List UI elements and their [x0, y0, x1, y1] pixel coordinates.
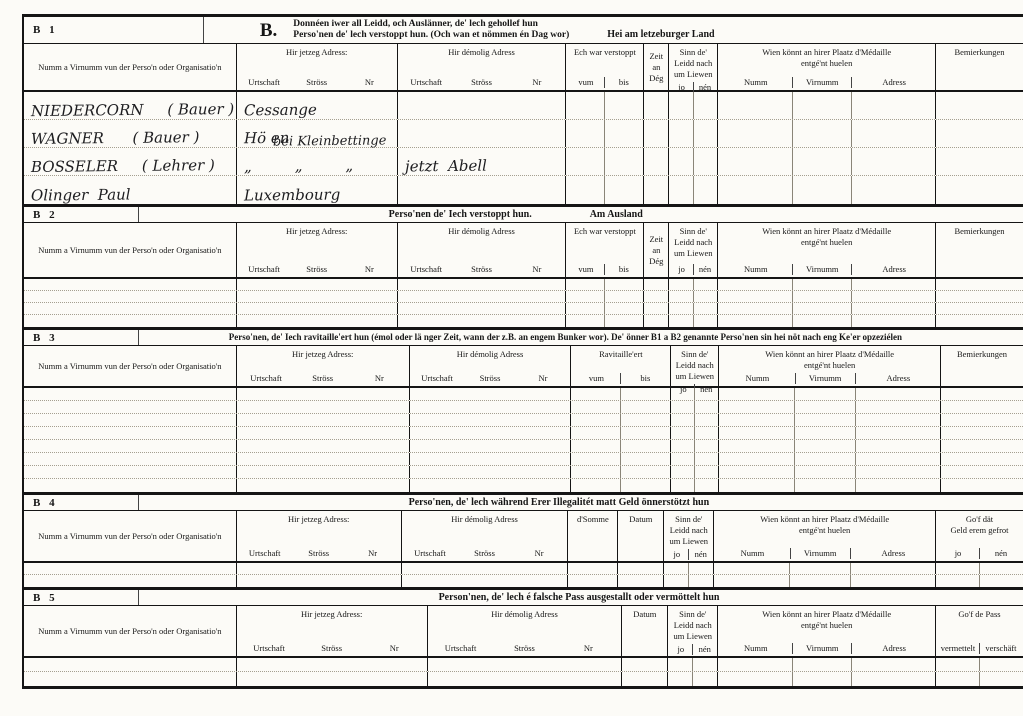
column-sublabel: Urtschaft	[238, 77, 291, 88]
handwritten-entry: NIEDERCORN ( Bauer )	[31, 102, 234, 119]
column-header-liewen: Sinn de' Leidd nach um Liewenjonén	[669, 44, 718, 90]
table-cell-demolig	[410, 414, 572, 426]
table-cell-pass	[936, 658, 1023, 671]
column-label: Wien könnt an hirer Plaatz d'Médaille en…	[715, 514, 934, 536]
column-header-verstoppt: Ech war verstopptvumbis	[566, 44, 644, 90]
table-cell-name	[24, 427, 237, 439]
table-subcell	[936, 658, 979, 671]
column-sublabel: nén	[688, 549, 712, 560]
table-cell-liewen	[671, 388, 719, 400]
table-cell-name	[24, 479, 237, 492]
table-subcell	[688, 563, 713, 574]
table-cell-wien	[719, 453, 941, 465]
table-subcell	[718, 279, 792, 290]
section-title-row: B 5Person'nen, de' lech é falsche Pass a…	[24, 590, 1023, 606]
table-cell-name	[24, 575, 237, 587]
column-label: Go'f dät Geld erem gefrot	[937, 514, 1022, 536]
table-cell-demolig	[398, 291, 567, 302]
table-cell-name	[24, 466, 237, 478]
table-subcell	[566, 148, 604, 175]
table-subcell	[671, 466, 694, 478]
table-cell-demolig	[410, 479, 572, 492]
table-row	[24, 315, 1023, 327]
table-subcell	[604, 176, 643, 204]
section-body	[24, 658, 1023, 686]
column-sublabel: Numm	[719, 77, 792, 88]
column-label: Sinn de' Leidd nach um Liewen	[669, 609, 716, 642]
scanned-form-page: B 1B.Donnéen iwer all Leidd, och Auslänn…	[0, 0, 1023, 716]
column-sublabels: UrtschaftStrössNr	[238, 77, 396, 88]
table-subcell	[936, 672, 979, 686]
column-header-demolig: Hir démolig AdressUrtschaftStrössNr	[398, 223, 567, 277]
table-subcell	[718, 315, 792, 327]
table-subcell	[936, 563, 979, 574]
table-cell-verstoppt	[566, 291, 644, 302]
table-subcell	[851, 658, 937, 671]
table-cell-ravit	[571, 479, 671, 492]
section-title-line: Perso'nen de' lech verstoppt hun. (Och w…	[293, 30, 569, 41]
table-cell-ravit	[571, 466, 671, 478]
table-cell-ravit	[571, 440, 671, 452]
table-row	[24, 291, 1023, 303]
table-cell-bem	[941, 466, 1023, 478]
column-label: Zeit an Dég	[645, 234, 667, 267]
table-cell-name: Olinger Paul	[24, 176, 237, 204]
column-sublabels: vumbis	[572, 373, 669, 384]
table-subcell	[571, 466, 620, 478]
table-cell-verstoppt	[566, 279, 644, 290]
table-subcell	[566, 279, 604, 290]
table-cell-wien	[719, 479, 941, 492]
table-subcell	[855, 414, 942, 426]
table-subcell	[693, 148, 717, 175]
table-cell-wien	[714, 575, 936, 587]
column-sublabel: Ströss	[292, 548, 346, 559]
column-header-liewen: Sinn de' Leidd nach um Liewenjonén	[669, 223, 718, 277]
table-subcell	[694, 401, 718, 413]
table-subcell	[671, 453, 694, 465]
section-b2: B 2Perso'nen de' Iech verstoppt hun.Am A…	[24, 204, 1023, 327]
column-sublabel: Nr	[363, 643, 426, 654]
column-sublabel: verschäft	[979, 643, 1022, 654]
table-subcell	[671, 388, 694, 400]
table-cell-pass	[936, 672, 1023, 686]
column-label: Hir jetzeg Adress:	[238, 349, 408, 360]
column-label: Sinn de' Leidd nach um Liewen	[670, 47, 716, 80]
column-label: Hir démolig Adress	[411, 349, 570, 360]
table-subcell	[979, 563, 1023, 574]
table-subcell	[851, 176, 937, 204]
table-cell-bem	[936, 315, 1023, 327]
table-subcell	[855, 388, 942, 400]
column-sublabel: Nr	[516, 373, 569, 384]
table-cell-name: BOSSELER ( Lehrer )	[24, 148, 237, 175]
table-cell-bem	[936, 148, 1023, 175]
table-cell-liewen	[671, 401, 719, 413]
column-sublabel: Nr	[343, 77, 396, 88]
column-header-wien: Wien könnt an hirer Plaatz d'Médaille en…	[718, 44, 936, 90]
column-sublabel: Virnumm	[795, 373, 855, 384]
column-label: Sinn de' Leidd nach um Liewen	[665, 514, 712, 547]
column-sublabel: Ströss	[300, 643, 363, 654]
section-label: B 5	[24, 590, 139, 605]
table-subcell	[620, 401, 670, 413]
column-label: Go'f de Pass	[937, 609, 1022, 620]
section-title-location: Hei am letzeburger Land	[607, 29, 714, 43]
column-label: Bemierkungen	[937, 226, 1022, 237]
column-sublabel: Urtschaft	[399, 264, 454, 275]
column-header-ravit: Ravitaille'ertvumbis	[571, 346, 671, 386]
table-cell-zeit	[644, 291, 669, 302]
section-title-location: Am Ausland	[590, 209, 643, 220]
column-sublabels: UrtschaftStrössNr	[399, 264, 565, 275]
table-cell-demolig	[398, 315, 567, 327]
table-cell-verstoppt	[566, 120, 644, 147]
column-sublabels: vermetteltverschäft	[937, 643, 1022, 654]
table-cell-bem	[941, 401, 1023, 413]
column-label: Numm a Virnumm vun der Perso'n oder Orga…	[25, 62, 235, 73]
table-cell-wien	[718, 672, 936, 686]
column-sublabel: Numm	[715, 548, 789, 559]
table-subcell	[694, 453, 718, 465]
section-title: Donnéen iwer all Leidd, och Auslänner, d…	[293, 19, 569, 42]
table-cell-wien	[719, 401, 941, 413]
column-sublabels: UrtschaftStrössNr	[399, 77, 565, 88]
column-label: Sinn de' Leidd nach um Liewen	[670, 226, 716, 259]
table-subcell	[718, 672, 792, 686]
table-cell-wien	[718, 658, 936, 671]
table-cell-verstoppt	[566, 176, 644, 204]
table-cell-zeit	[644, 92, 669, 119]
table-subcell	[566, 176, 604, 204]
table-row	[24, 563, 1023, 575]
column-sublabel: vermettelt	[937, 643, 979, 654]
table-cell-name	[24, 401, 237, 413]
table-row	[24, 427, 1023, 440]
table-cell-demolig	[410, 401, 572, 413]
column-header-gof: Go'f dät Geld erem gefrotjonén	[936, 511, 1023, 561]
table-subcell	[718, 92, 792, 119]
table-subcell	[979, 672, 1023, 686]
table-cell-demolig	[398, 303, 567, 314]
column-sublabel: Ströss	[290, 77, 343, 88]
table-cell-liewen	[669, 92, 718, 119]
handwritten-entry: bei Kleinbettinge	[273, 134, 387, 148]
table-cell-name	[24, 388, 237, 400]
table-subcell	[792, 291, 852, 302]
section-title: Perso'nen, de' Iech ravitaille'ert hun (…	[229, 332, 902, 343]
table-subcell	[719, 440, 794, 452]
table-subcell	[669, 148, 692, 175]
section-body	[24, 279, 1023, 327]
column-sublabel: Urtschaft	[403, 548, 458, 559]
column-sublabels: vumbis	[567, 264, 642, 275]
column-sublabels: UrtschaftStrössNr	[238, 264, 396, 275]
table-cell-name: WAGNER ( Bauer )	[24, 120, 237, 147]
table-subcell	[693, 120, 717, 147]
column-label: Hir jetzeg Adress:	[238, 226, 396, 237]
column-header-zeit: Zeit an Dég	[644, 223, 669, 277]
table-subcell	[794, 453, 855, 465]
section-title: Perso'nen de' Iech verstoppt hun.	[389, 209, 532, 221]
column-sublabel: bis	[604, 264, 642, 275]
table-subcell	[571, 414, 620, 426]
table-subcell	[604, 291, 643, 302]
table-cell-wien	[718, 148, 936, 175]
column-sublabel: Numm	[720, 373, 794, 384]
section-title: Perso'nen, de' lech während Erer Illegal…	[409, 497, 710, 509]
table-cell-bem	[936, 92, 1023, 119]
column-sublabel: Nr	[509, 264, 564, 275]
table-cell-bem	[941, 427, 1023, 439]
table-subcell	[693, 303, 717, 314]
column-sublabel: Urtschaft	[238, 373, 295, 384]
column-sublabels: NummVirnummAdress	[719, 77, 934, 88]
column-sublabel: jo	[670, 264, 692, 275]
table-cell-bem	[936, 303, 1023, 314]
table-cell-jetzeg	[237, 388, 410, 400]
table-cell-liewen	[669, 176, 718, 204]
table-cell-gof	[936, 575, 1023, 587]
table-cell-demolig	[428, 658, 623, 671]
table-subcell	[979, 658, 1023, 671]
table-subcell	[792, 120, 852, 147]
table-cell-demolig	[410, 388, 572, 400]
table-cell-ravit	[571, 414, 671, 426]
table-row	[24, 672, 1023, 686]
table-subcell	[620, 414, 670, 426]
table-cell-liewen	[669, 120, 718, 147]
section-title-row: B 1B.Donnéen iwer all Leidd, och Auslänn…	[24, 17, 1023, 44]
column-label: Ravitaille'ert	[572, 349, 669, 360]
table-cell-demolig	[410, 453, 572, 465]
table-cell-wien	[719, 466, 941, 478]
table-cell-bem	[941, 479, 1023, 492]
table-cell-demolig	[398, 120, 567, 147]
section-label: B 4	[24, 495, 139, 510]
table-cell-ravit	[571, 401, 671, 413]
handwritten-entry: Olinger Paul	[31, 187, 131, 203]
column-sublabel: jo	[937, 548, 979, 559]
column-label: Hir jetzeg Adress:	[238, 47, 396, 58]
table-cell-jetzeg	[237, 563, 402, 574]
section-title-line: Donnéen iwer all Leidd, och Auslänner, d…	[293, 19, 569, 30]
column-sublabels: jonén	[937, 548, 1022, 559]
table-subcell	[851, 92, 937, 119]
section-title-line: Perso'nen, de' lech während Erer Illegal…	[409, 497, 710, 509]
table-cell-jetzeg	[237, 291, 398, 302]
column-sublabel: Adress	[855, 373, 941, 384]
column-header-somme: d'Somme	[568, 511, 618, 561]
column-header-bem: Bemierkungen	[936, 44, 1023, 90]
column-sublabel: Urtschaft	[411, 373, 464, 384]
table-cell-demolig	[398, 176, 567, 204]
section-body	[24, 388, 1023, 492]
table-subcell	[669, 120, 692, 147]
table-cell-wien	[719, 427, 941, 439]
table-subcell	[693, 279, 717, 290]
column-sublabels: UrtschaftStrössNr	[238, 373, 408, 384]
table-row	[24, 279, 1023, 291]
table-cell-bem	[941, 453, 1023, 465]
table-subcell	[571, 427, 620, 439]
column-sublabel: Ströss	[457, 548, 512, 559]
table-subcell	[671, 401, 694, 413]
table-cell-bem	[941, 440, 1023, 452]
table-subcell	[792, 303, 852, 314]
table-subcell	[566, 291, 604, 302]
column-sublabels: UrtschaftStrössNr	[238, 548, 400, 559]
table-subcell	[620, 453, 670, 465]
column-sublabels: jonén	[670, 264, 716, 275]
table-subcell	[692, 672, 717, 686]
column-header-row: Numm a Virnumm vun der Perso'n oder Orga…	[24, 606, 1023, 658]
column-header-jetzeg: Hir jetzeg Adress:UrtschaftStrössNr	[237, 223, 398, 277]
table-cell-liewen	[668, 672, 718, 686]
table-cell-bem	[936, 120, 1023, 147]
column-header-name: Numm a Virnumm vun der Perso'n oder Orga…	[24, 346, 237, 386]
table-subcell	[669, 176, 692, 204]
column-header-demolig: Hir démolig AdressUrtschaftStrössNr	[398, 44, 567, 90]
table-cell-bem	[936, 291, 1023, 302]
table-cell-liewen	[669, 303, 718, 314]
column-sublabel: Urtschaft	[238, 643, 301, 654]
column-label: Ech war verstoppt	[567, 226, 642, 237]
table-subcell	[719, 479, 794, 492]
table-subcell	[789, 563, 850, 574]
column-header-demolig: Hir démolig AdressUrtschaftStrössNr	[410, 346, 572, 386]
table-subcell	[566, 303, 604, 314]
table-subcell	[571, 440, 620, 452]
table-subcell	[851, 279, 937, 290]
table-subcell	[694, 388, 718, 400]
column-label: Numm a Virnumm vun der Perso'n oder Orga…	[25, 245, 235, 256]
table-subcell	[571, 388, 620, 400]
table-subcell	[692, 658, 717, 671]
column-sublabel: Ströss	[454, 77, 509, 88]
table-row: NIEDERCORN ( Bauer )Cessange	[24, 92, 1023, 120]
table-cell-name: NIEDERCORN ( Bauer )	[24, 92, 237, 119]
section-b1: B 1B.Donnéen iwer all Leidd, och Auslänn…	[24, 14, 1023, 204]
table-row: WAGNER ( Bauer )Hö enbei Kleinbettinge	[24, 120, 1023, 148]
table-cell-name	[24, 303, 237, 314]
table-subcell	[688, 575, 713, 587]
table-subcell	[792, 315, 852, 327]
table-cell-jetzeg	[237, 575, 402, 587]
column-header-jetzeg: Hir jetzeg Adress:UrtschaftStrössNr	[237, 346, 410, 386]
section-title-line: Perso'nen de' Iech verstoppt hun.	[389, 209, 532, 221]
table-subcell	[792, 148, 852, 175]
column-sublabel: bis	[620, 373, 669, 384]
column-header-name: Numm a Virnumm vun der Perso'n oder Orga…	[24, 223, 237, 277]
section-body: NIEDERCORN ( Bauer )CessangeWAGNER ( Bau…	[24, 92, 1023, 204]
table-cell-liewen	[671, 466, 719, 478]
table-subcell	[794, 388, 855, 400]
table-subcell	[718, 303, 792, 314]
column-sublabel: Urtschaft	[238, 264, 291, 275]
table-subcell	[604, 148, 643, 175]
column-header-name: Numm a Virnumm vun der Perso'n oder Orga…	[24, 606, 237, 656]
table-cell-zeit	[644, 315, 669, 327]
column-label: Wien könnt an hirer Plaatz d'Médaille en…	[719, 47, 934, 69]
table-subcell	[794, 414, 855, 426]
table-subcell	[794, 401, 855, 413]
table-subcell	[693, 291, 717, 302]
table-cell-zeit	[644, 120, 669, 147]
table-cell-jetzeg	[237, 453, 410, 465]
table-subcell	[719, 453, 794, 465]
table-row	[24, 388, 1023, 401]
column-header-zeit: Zeit an Dég	[644, 44, 669, 90]
section-label: B 2	[24, 207, 139, 222]
table-cell-liewen	[671, 427, 719, 439]
column-label: Wien könnt an hirer Plaatz d'Médaille en…	[719, 226, 934, 248]
column-header-jetzeg: Hir jetzeg Adress:UrtschaftStrössNr	[237, 511, 402, 561]
handwritten-entry: Luxembourg	[244, 187, 340, 203]
column-sublabel: Nr	[556, 643, 620, 654]
table-cell-verstoppt	[566, 315, 644, 327]
table-subcell	[718, 658, 792, 671]
table-row	[24, 303, 1023, 315]
column-sublabel: Ströss	[493, 643, 557, 654]
form: B 1B.Donnéen iwer all Leidd, och Auslänn…	[22, 14, 1023, 689]
column-sublabel: Ströss	[454, 264, 509, 275]
column-label: Zeit an Dég	[645, 51, 667, 84]
table-cell-demolig	[428, 672, 623, 686]
table-cell-liewen	[671, 440, 719, 452]
column-header-row: Numm a Virnumm vun der Perso'n oder Orga…	[24, 44, 1023, 92]
section-title-row: B 3Perso'nen, de' Iech ravitaille'ert hu…	[24, 330, 1023, 346]
table-subcell	[604, 120, 643, 147]
column-sublabel: Adress	[851, 643, 936, 654]
column-sublabel: bis	[604, 77, 642, 88]
column-label: d'Somme	[569, 514, 616, 525]
table-cell-verstoppt	[566, 303, 644, 314]
column-sublabels: jonén	[665, 549, 712, 560]
column-header-datum: Datum	[618, 511, 664, 561]
table-cell-demolig	[410, 466, 572, 478]
table-subcell	[719, 414, 794, 426]
column-header-name: Numm a Virnumm vun der Perso'n oder Orga…	[24, 44, 237, 90]
table-cell-demolig	[402, 575, 569, 587]
column-header-jetzeg: Hir jetzeg Adress:UrtschaftStrössNr	[237, 44, 398, 90]
table-cell-demolig: jetzt Abell	[398, 148, 567, 175]
section-title-line: Person'nen, de' lech é falsche Pass ausg…	[439, 592, 720, 604]
table-cell-name	[24, 563, 237, 574]
table-cell-name	[24, 291, 237, 302]
column-sublabel: jo	[669, 644, 692, 655]
table-cell-wien	[718, 291, 936, 302]
table-cell-datum	[622, 658, 668, 671]
column-sublabel: vum	[572, 373, 620, 384]
table-cell-wien	[718, 279, 936, 290]
column-sublabel: Virnumm	[792, 264, 851, 275]
table-cell-jetzeg	[237, 279, 398, 290]
table-cell-wien	[718, 303, 936, 314]
column-sublabel: Urtschaft	[238, 548, 292, 559]
table-subcell	[620, 479, 670, 492]
table-subcell	[851, 148, 937, 175]
table-cell-liewen	[664, 575, 714, 587]
table-cell-ravit	[571, 388, 671, 400]
table-subcell	[604, 303, 643, 314]
column-header-demolig: Hir démolig AdressUrtschaftStrössNr	[428, 606, 623, 656]
table-cell-zeit	[644, 279, 669, 290]
table-cell-liewen	[671, 414, 719, 426]
section-b5: B 5Person'nen, de' lech é falsche Pass a…	[24, 587, 1023, 686]
table-cell-name	[24, 672, 237, 686]
table-subcell	[792, 279, 852, 290]
